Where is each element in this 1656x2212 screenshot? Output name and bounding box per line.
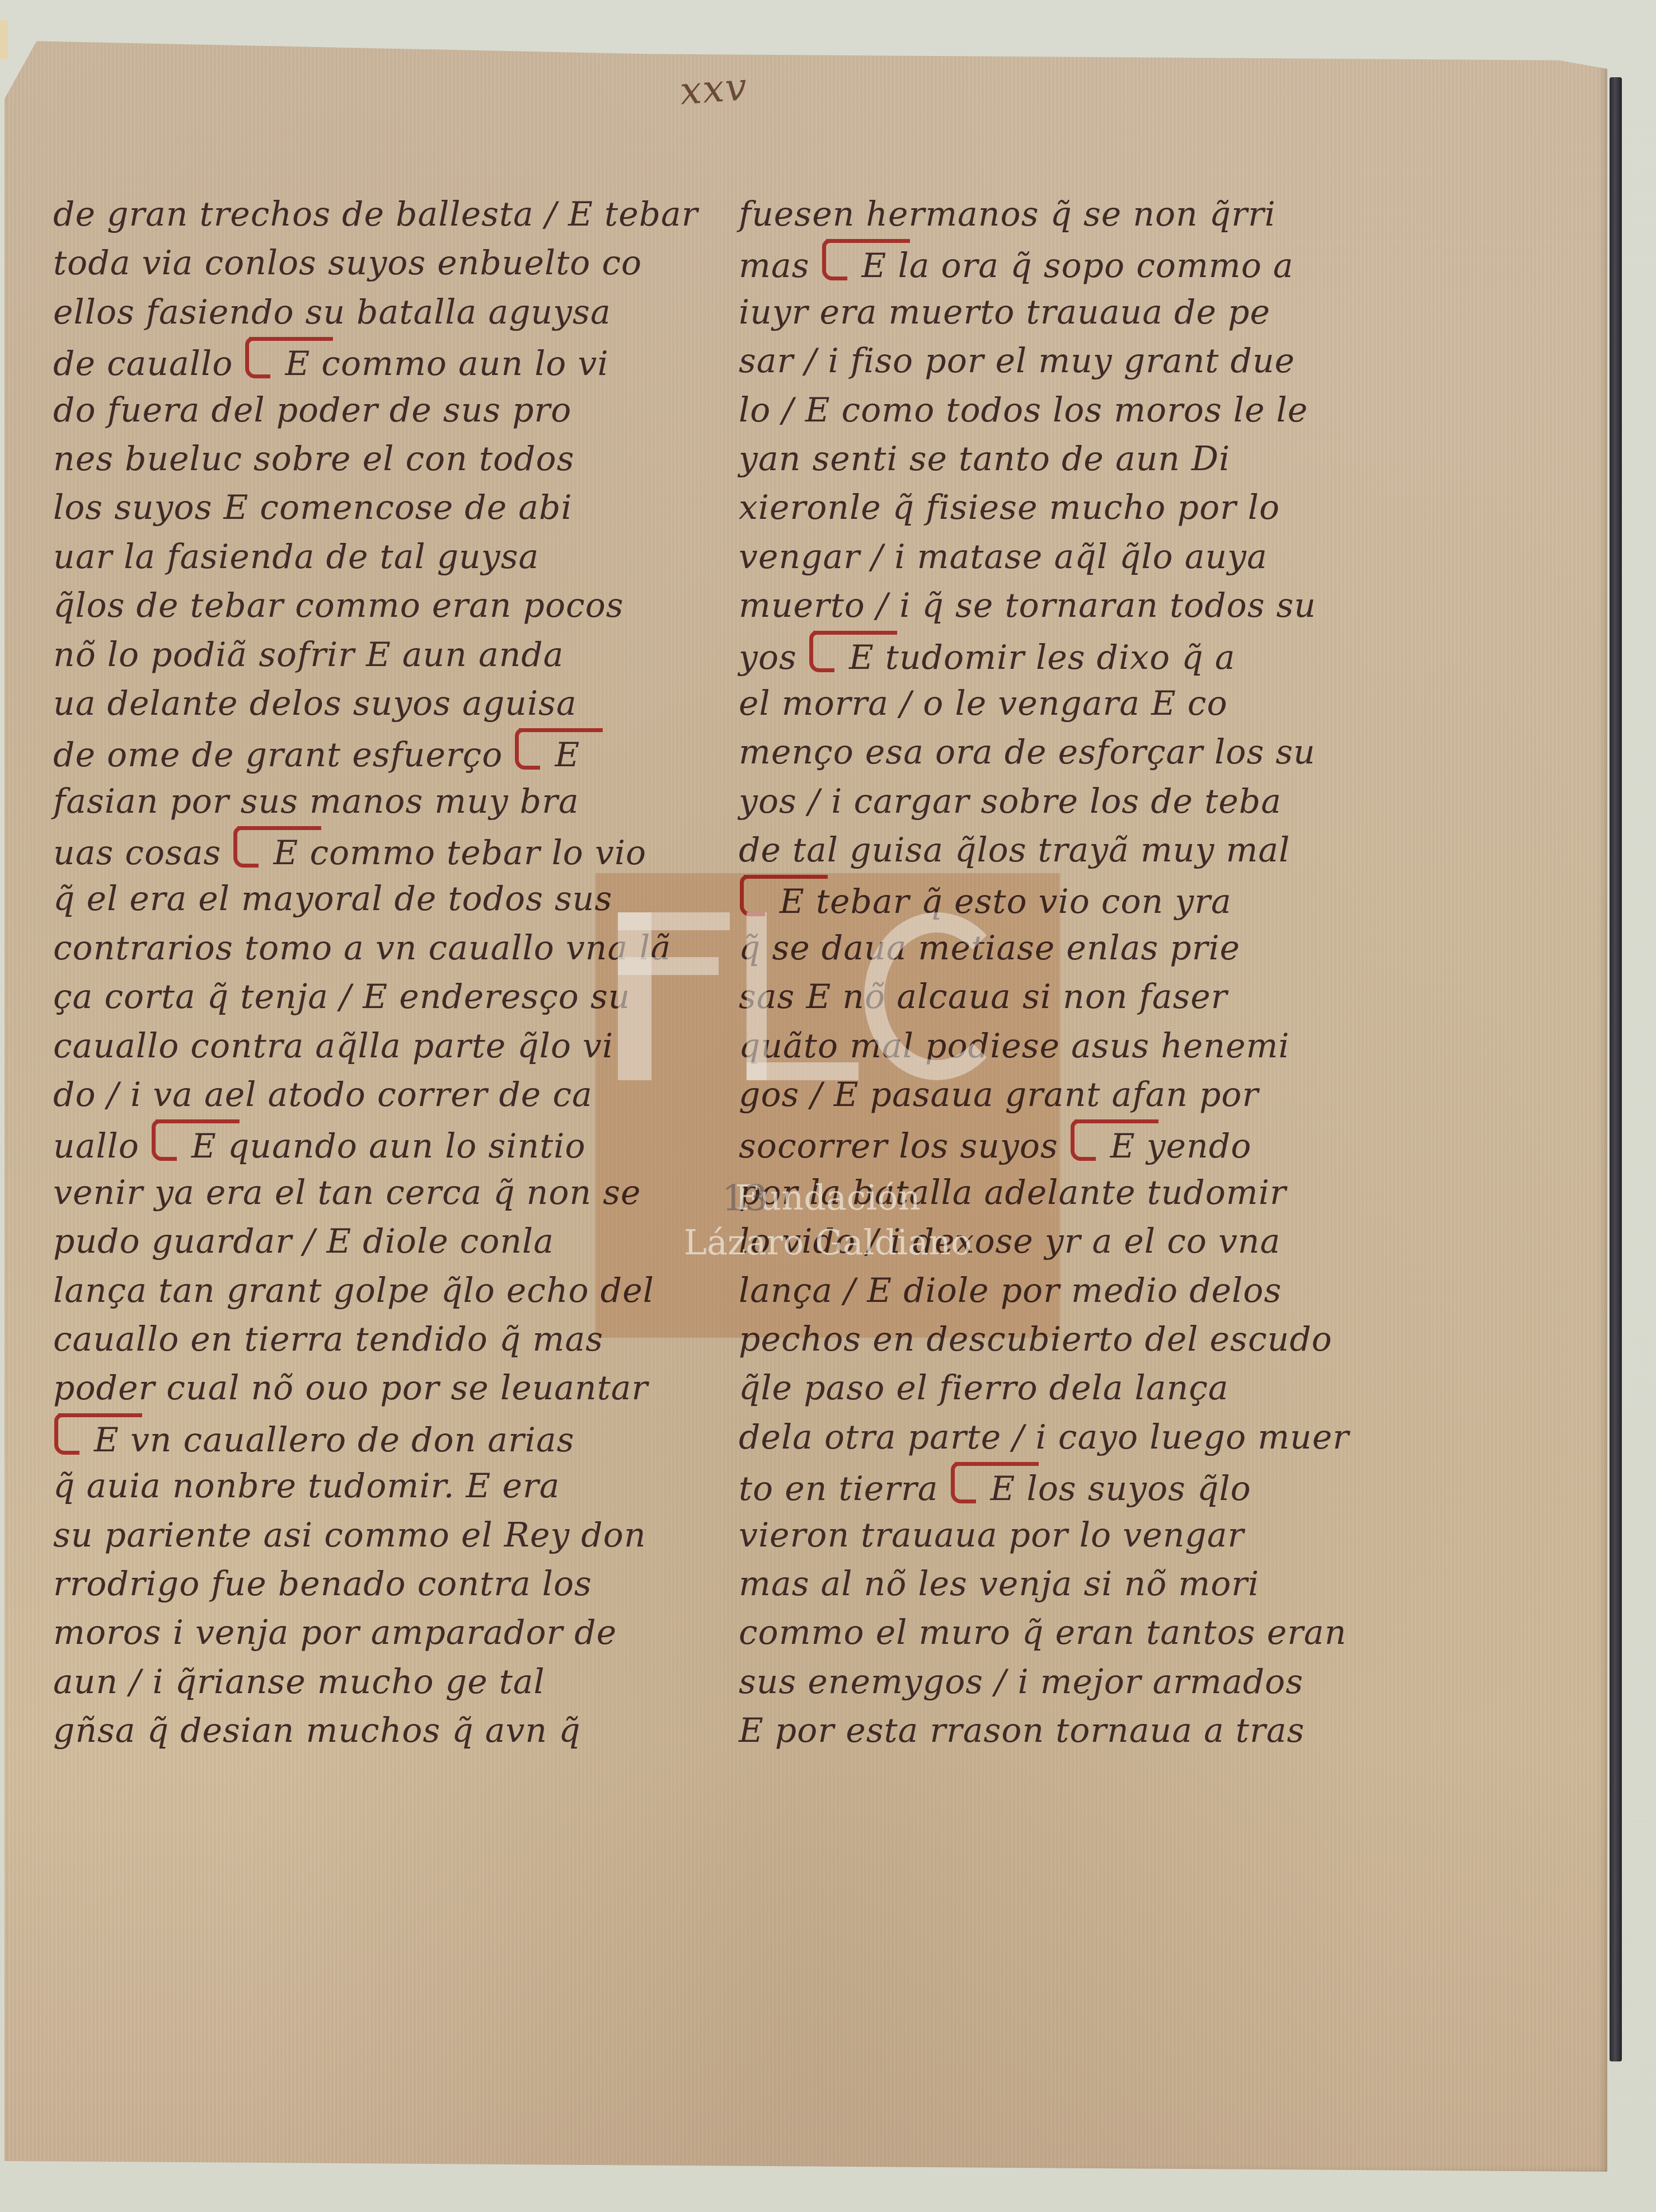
text-line: fasian por sus manos muy bra	[53, 777, 702, 826]
text-line: muerto / i q̃ se tornaran todos su	[739, 582, 1388, 630]
text-line: sar / i fiso por el muy grant due	[739, 337, 1388, 386]
text-line: de ome de grant esfuerço E	[53, 728, 702, 777]
rubric-paragraph-mark	[54, 1413, 79, 1455]
text-line: uar la fasienda de tal guysa	[53, 533, 702, 582]
text-line: uas cosas E commo tebar lo vio	[53, 826, 702, 875]
text-line: vengar / i matase aq̃l q̃lo auya	[739, 533, 1388, 582]
text-line: mas E la ora q̃ sopo commo a	[739, 239, 1388, 288]
rubric-paragraph-mark	[233, 826, 259, 868]
text-line: commo el muro q̃ eran tantos eran	[739, 1609, 1388, 1657]
text-line: xieronle q̃ fisiese mucho por lo	[739, 484, 1388, 532]
text-line: toda via conlos suyos enbuelto co	[53, 239, 702, 288]
text-line: to en tierra E los suyos q̃lo	[739, 1462, 1388, 1511]
text-line: q̃ auia nonbre tudomir. E era	[53, 1462, 702, 1511]
text-line: el morra / o le vengara E co	[739, 679, 1388, 728]
rubric-paragraph-mark	[822, 239, 847, 280]
folio-number: xxv	[678, 65, 749, 114]
rubric-paragraph-mark	[152, 1119, 177, 1161]
book-binding-edge	[1610, 77, 1622, 2061]
text-line: rrodrigo fue benado contra los	[53, 1560, 702, 1609]
text-line: los suyos E comencose de abi	[53, 484, 702, 532]
text-line: dela otra parte / i cayo luego muer	[739, 1413, 1388, 1462]
text-line: ellos fasiendo su batalla aguysa	[53, 288, 702, 337]
text-line: q̃le paso el fierro dela lança	[739, 1364, 1388, 1413]
text-line: yos / i cargar sobre los de teba	[739, 777, 1388, 826]
text-line: de cauallo E commo aun lo vi	[53, 337, 702, 386]
text-line: q̃los de tebar commo eran pocos	[53, 582, 702, 630]
rubric-paragraph-mark	[809, 631, 834, 672]
text-line: nes bueluc sobre el con todos	[53, 435, 702, 484]
rubric-paragraph-mark	[245, 337, 270, 378]
text-line: poder cual nõ ouo por se leuantar	[53, 1364, 702, 1413]
text-line: mas al nõ les venja si nõ mori	[739, 1560, 1388, 1609]
text-line: iuyr era muerto trauaua de pe	[739, 288, 1388, 337]
adjacent-page-edge	[0, 20, 8, 59]
rubric-paragraph-mark	[951, 1462, 976, 1503]
text-line: E vn cauallero de don arias	[53, 1413, 702, 1462]
text-line: ua delante delos suyos aguisa	[53, 679, 702, 728]
text-line: nõ lo podiã sofrir E aun anda	[53, 631, 702, 679]
text-line: lo / E como todos los moros le le	[739, 386, 1388, 435]
text-line: sus enemygos / i mejor armados	[739, 1658, 1388, 1707]
text-line: gñsa q̃ desian muchos q̃ avn q̃	[53, 1707, 702, 1755]
text-line: de tal guisa q̃los trayã muy mal	[739, 826, 1388, 875]
text-line: menço esa ora de esforçar los su	[739, 728, 1388, 777]
text-line: moros i venja por amparador de	[53, 1609, 702, 1657]
rubric-paragraph-mark	[1071, 1119, 1096, 1161]
text-line: fuesen hermanos q̃ se non q̃rri	[739, 190, 1388, 239]
text-line: de gran trechos de ballesta / E tebar	[53, 190, 702, 239]
text-line: yos E tudomir les dixo q̃ a	[739, 631, 1388, 679]
text-line: su pariente asi commo el Rey don	[53, 1511, 702, 1560]
text-line: yan senti se tanto de aun Di	[739, 435, 1388, 484]
text-line: E por esta rrason tornaua a tras	[739, 1707, 1388, 1755]
pencil-mark: 13	[722, 1178, 767, 1220]
text-line: do fuera del poder de sus pro	[53, 386, 702, 435]
watermark-square	[595, 873, 1060, 1338]
text-line: vieron trauaua por lo vengar	[739, 1511, 1388, 1560]
rubric-paragraph-mark	[515, 728, 540, 770]
text-line: aun / i q̃rianse mucho ge tal	[53, 1658, 702, 1707]
